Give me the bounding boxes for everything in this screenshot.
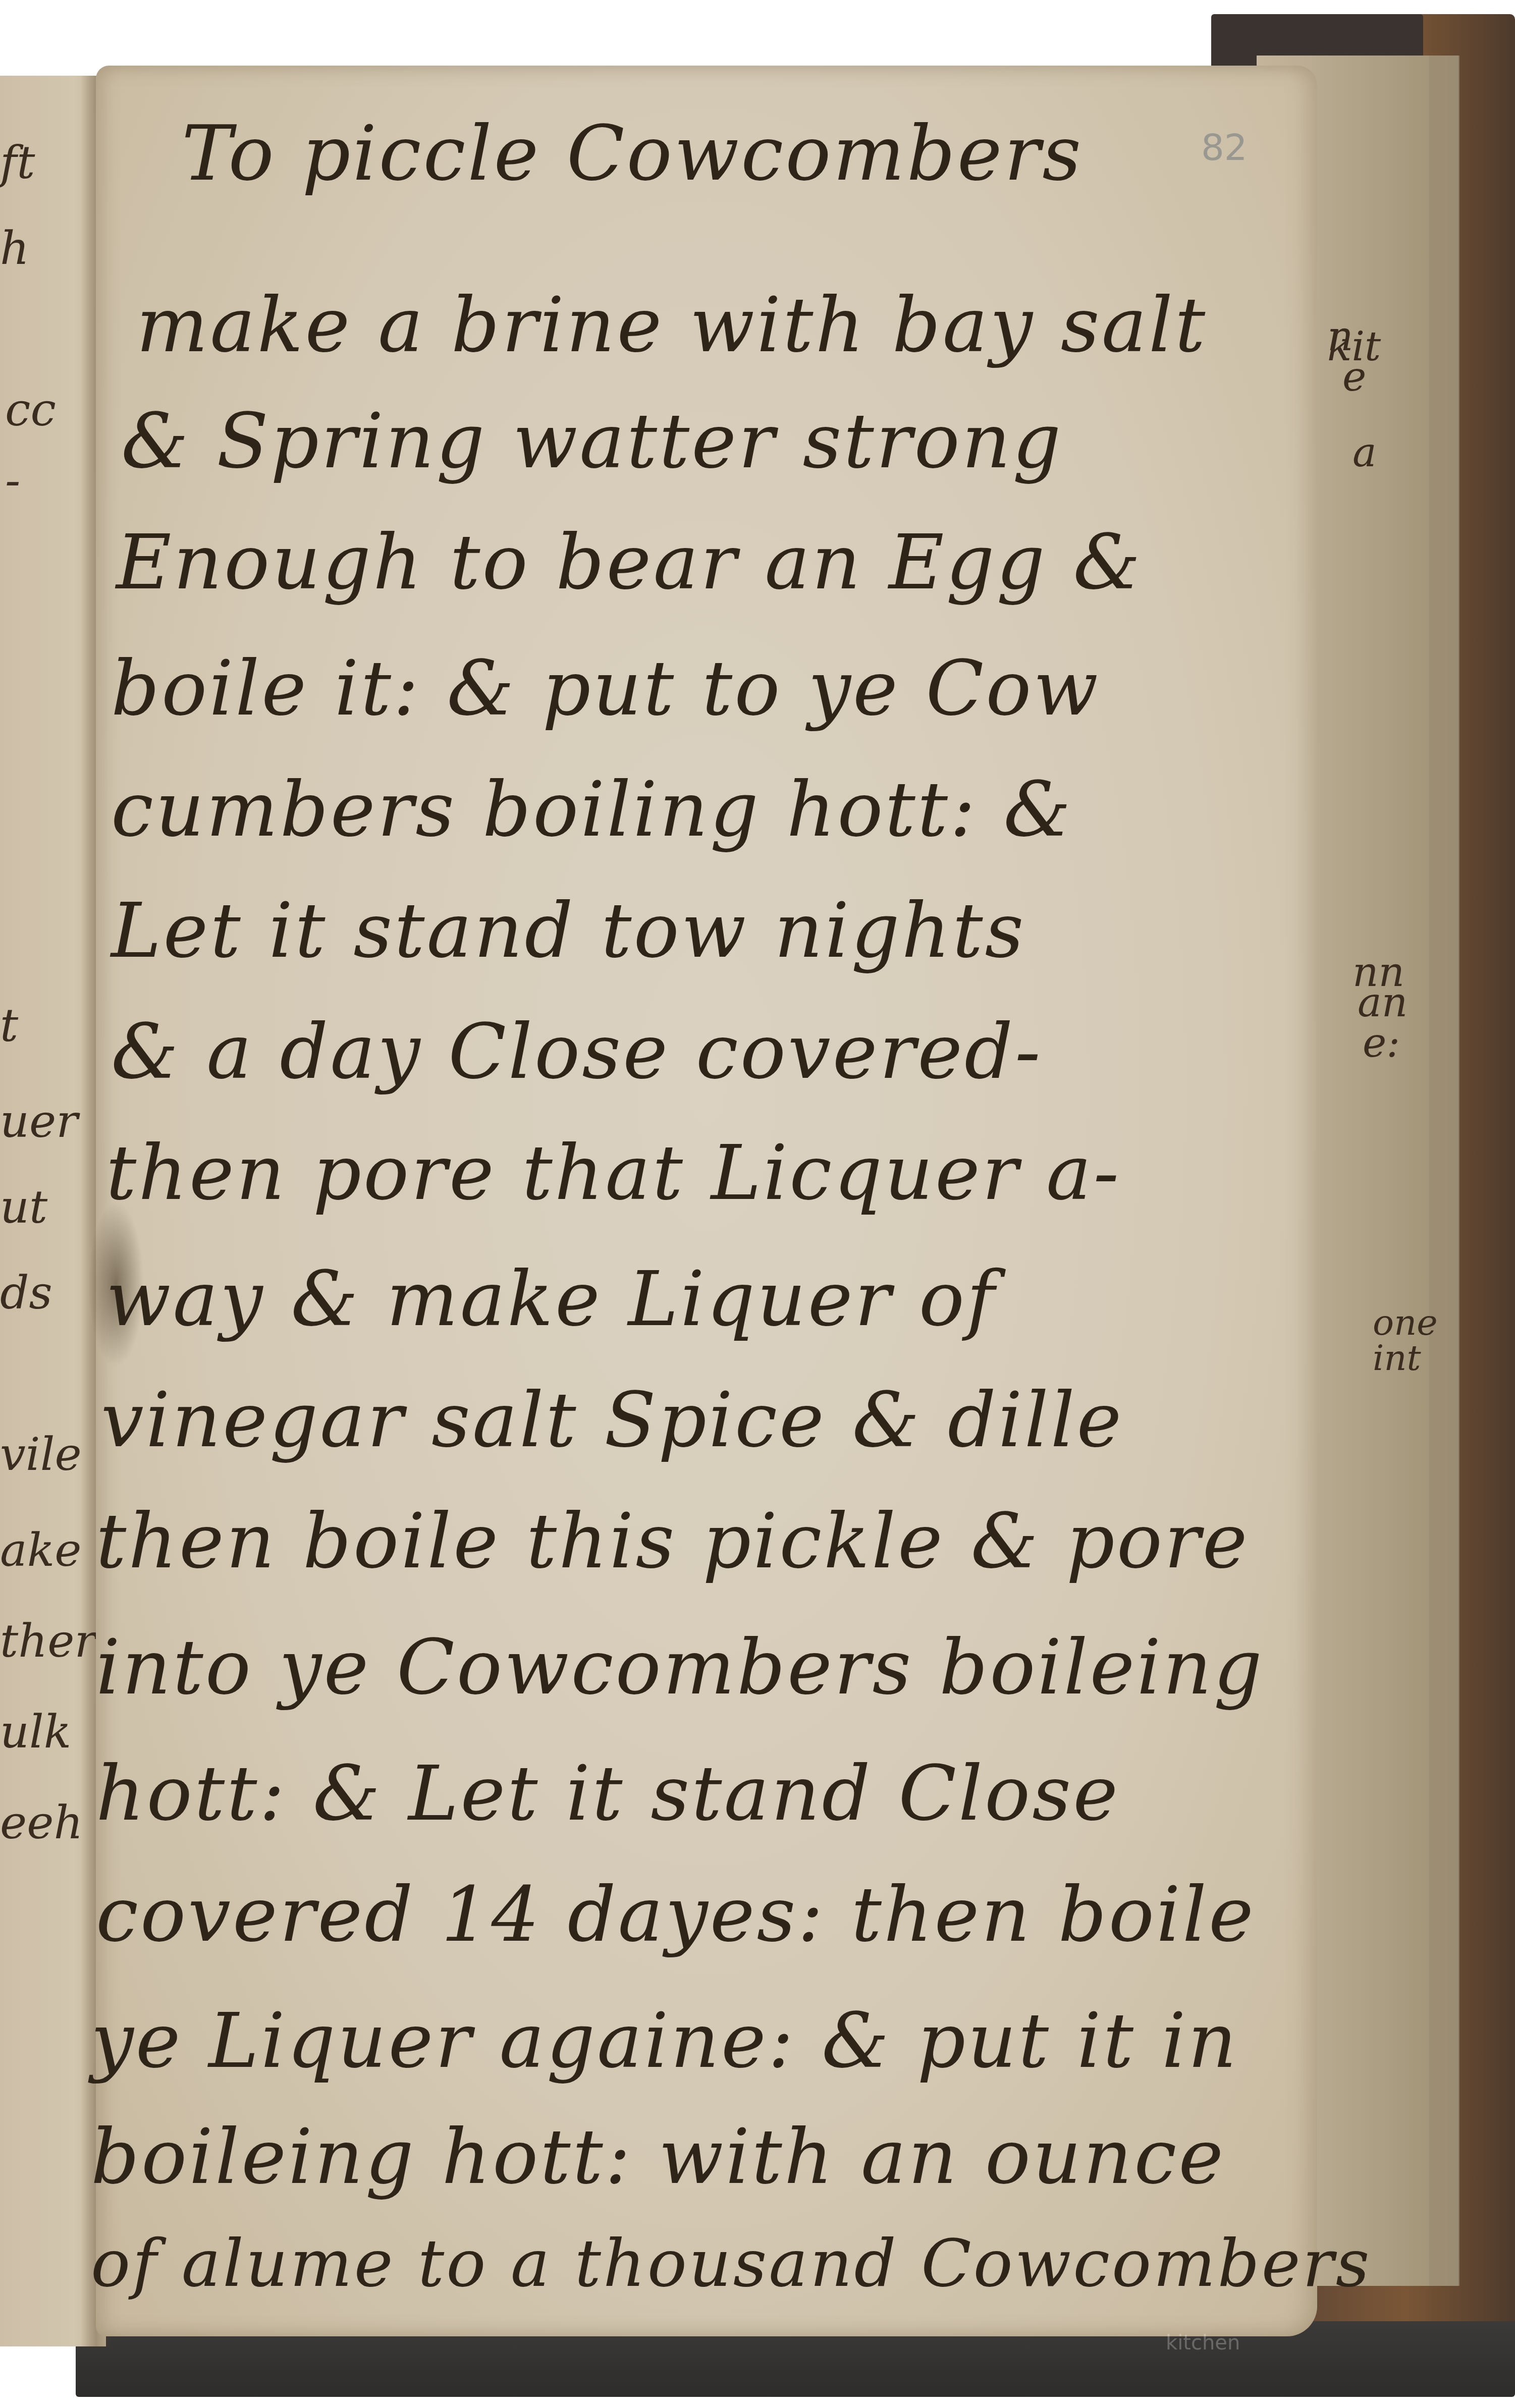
- right-fragment: e:: [1363, 1019, 1400, 1066]
- watermark: kitchen: [1166, 2331, 1240, 2355]
- left-fragment: cc: [5, 384, 56, 436]
- left-fragment: ft: [0, 136, 35, 189]
- left-fragment: ulk: [0, 1706, 71, 1759]
- recipe-title: To piccle Cowcombers: [182, 116, 1083, 192]
- left-fragment: ds: [0, 1267, 52, 1320]
- right-fragment: e: [1342, 353, 1366, 400]
- recipe-line: boileing hott: with an ounce: [91, 2119, 1225, 2195]
- recipe-line: then pore that Licquer a-: [106, 1135, 1121, 1211]
- recipe-line: then boile this pickle & pore: [96, 1504, 1250, 1579]
- recipe-line: hott: & Let it stand Close: [96, 1756, 1120, 1832]
- left-fragment: ther: [0, 1615, 96, 1668]
- right-fragment: a: [1352, 429, 1377, 476]
- recipe-line: Let it stand tow nights: [111, 893, 1025, 969]
- recipe-line: boile it: & put to ye Cow: [111, 651, 1100, 727]
- left-fragment: h: [0, 222, 29, 275]
- recipe-line: covered 14 dayes: then boile: [96, 1877, 1256, 1953]
- left-fragment: vile: [0, 1428, 82, 1481]
- recipe-line: way & make Liquer of: [106, 1262, 997, 1337]
- recipe-line: cumbers boiling hott: &: [111, 772, 1073, 848]
- left-fragment: -: [5, 454, 20, 507]
- left-fragment: eeh: [0, 1796, 83, 1849]
- recipe-line: make a brine with bay salt: [136, 288, 1207, 363]
- left-fragment: uer: [0, 1095, 78, 1148]
- right-fragment: int: [1373, 1337, 1421, 1379]
- recipe-line: vinegar salt Spice & dille: [101, 1383, 1123, 1458]
- folio-number: 82: [1201, 126, 1248, 169]
- left-fragment: t: [0, 999, 18, 1052]
- underlying-page-edge: [1312, 56, 1429, 2286]
- recipe-line: Enough to bear an Egg &: [116, 525, 1143, 600]
- left-fragment: ake: [0, 1524, 81, 1577]
- left-fragment: ut: [0, 1181, 47, 1234]
- recipe-line: ye Liquer againe: & put it in: [91, 2003, 1238, 2079]
- underlying-page-edge: [1428, 56, 1459, 2286]
- recipe-line: & Spring watter strong: [121, 404, 1063, 479]
- recipe-line: & a day Close covered-: [111, 1014, 1043, 1090]
- recipe-line: of alume to a thousand Cowcombers: [91, 2230, 1372, 2296]
- recipe-line: into ye Cowcombers boileing: [96, 1630, 1264, 1706]
